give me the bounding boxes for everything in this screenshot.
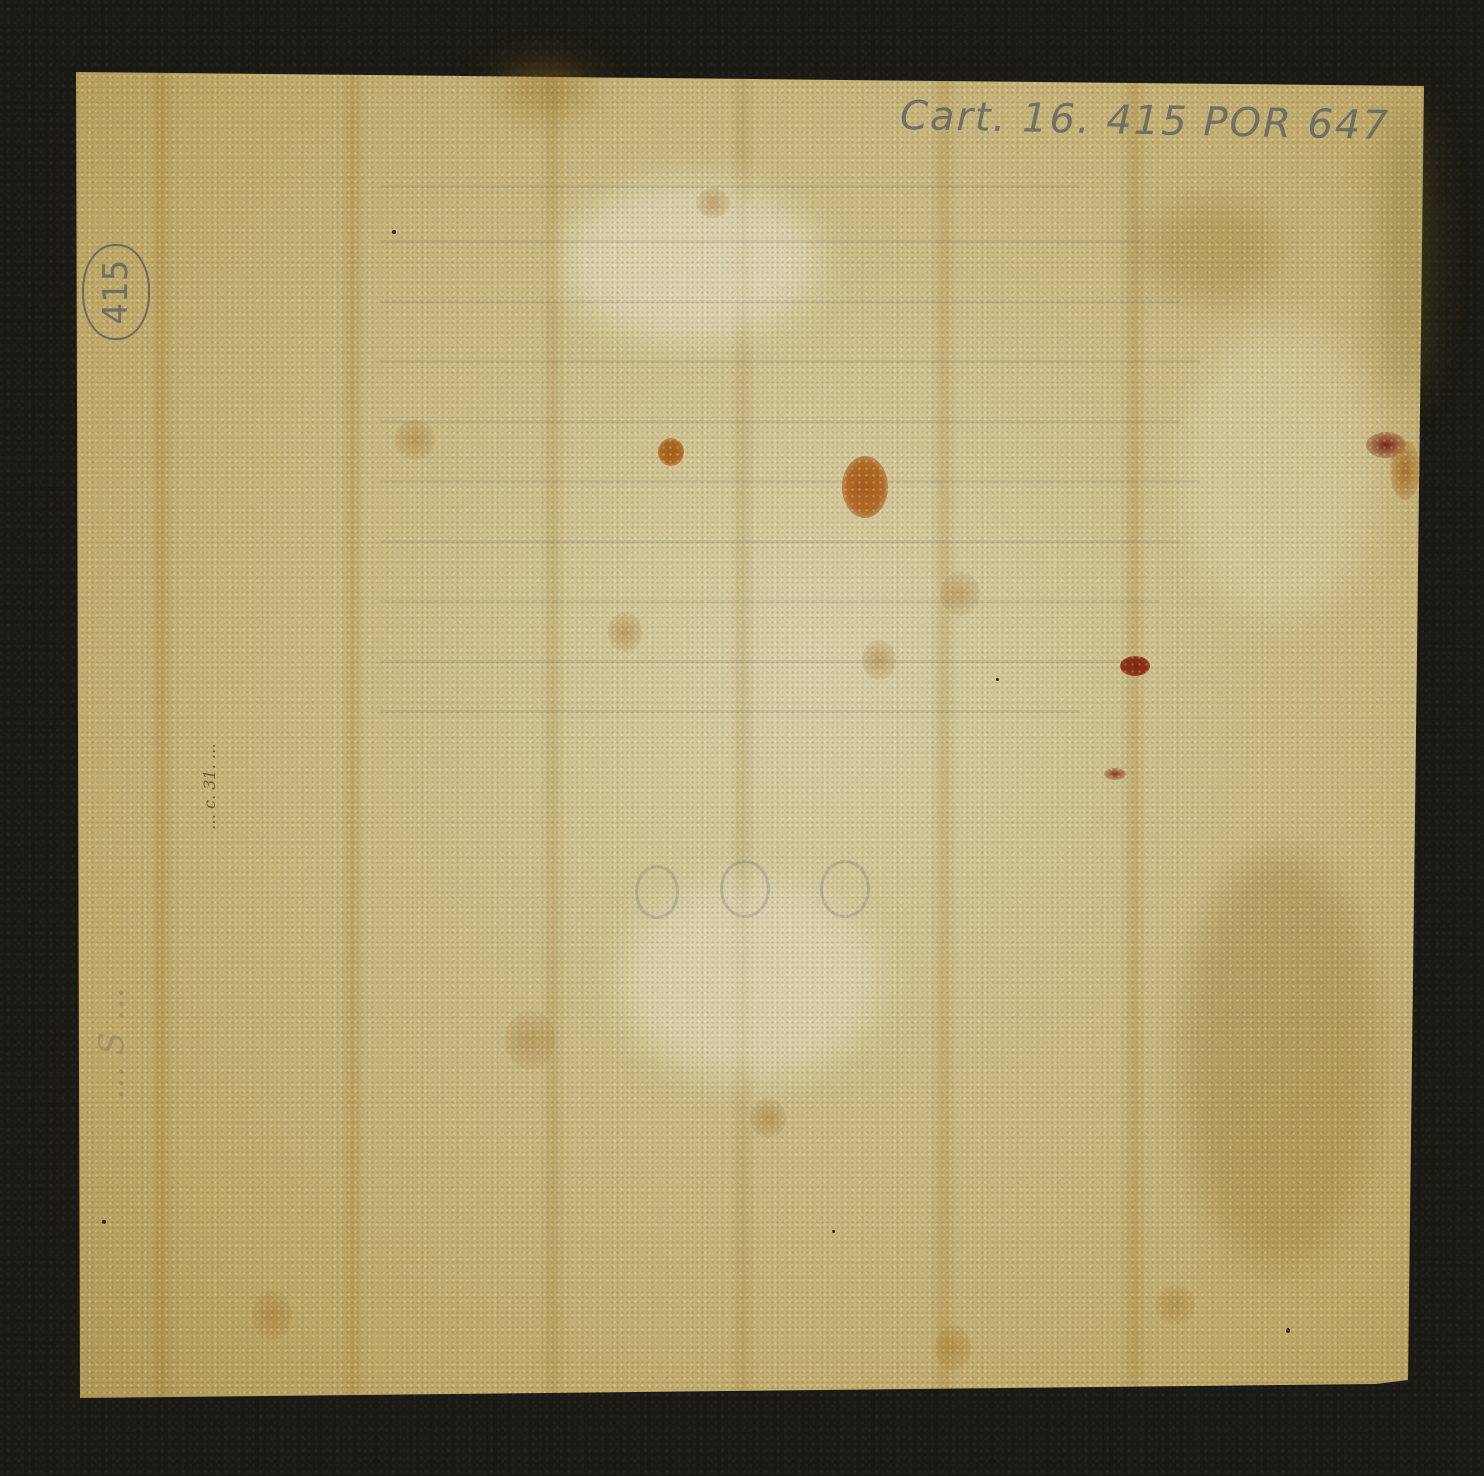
- faint-stain: [395, 420, 435, 460]
- ink-speck: [102, 1220, 106, 1224]
- faint-stain: [940, 572, 980, 616]
- bleed-through-line: [380, 360, 1200, 363]
- bleed-through-line: [380, 240, 1140, 243]
- ink-speck: [832, 1230, 835, 1233]
- dark-red-stain: [1104, 768, 1126, 780]
- bleed-through-mark: [635, 865, 679, 919]
- rust-stain: [1390, 440, 1420, 500]
- bleed-through-line: [380, 185, 1080, 188]
- dorsal-note: … c. 31. …: [200, 743, 219, 830]
- rust-stain: [658, 438, 684, 466]
- light-patch: [560, 180, 820, 340]
- bleed-through-line: [380, 300, 1180, 303]
- faint-stain: [862, 640, 896, 680]
- ink-speck: [1286, 1328, 1290, 1333]
- faint-stain: [696, 188, 730, 218]
- circled-number-text: 415: [96, 260, 136, 325]
- dark-red-stain: [1120, 656, 1150, 676]
- bleed-through-line: [380, 710, 1080, 713]
- bleed-through-mark: [720, 860, 770, 918]
- ink-speck: [392, 230, 396, 234]
- top-stain: [500, 70, 590, 110]
- faint-stain: [935, 1325, 971, 1371]
- bleed-through-line: [380, 660, 1140, 663]
- bleed-through-line: [380, 540, 1180, 543]
- faint-stain: [750, 1098, 786, 1138]
- bleed-through-line: [380, 600, 1160, 603]
- light-patch: [1180, 320, 1380, 620]
- bleed-through-line: [380, 420, 1180, 423]
- faint-stain: [608, 612, 642, 652]
- bleed-through-mark: [820, 860, 870, 918]
- faint-stain: [1155, 1285, 1195, 1325]
- bleed-through-line: [380, 480, 1200, 483]
- faint-stain: [252, 1290, 292, 1340]
- rust-stain: [842, 456, 888, 518]
- faded-margin-writing: … S …: [92, 987, 132, 1100]
- faint-stain: [505, 1010, 555, 1070]
- dark-patch: [1180, 850, 1380, 1270]
- circled-number-annotation: 415: [82, 244, 150, 340]
- top-stain: [1140, 200, 1280, 300]
- ink-speck: [996, 678, 999, 681]
